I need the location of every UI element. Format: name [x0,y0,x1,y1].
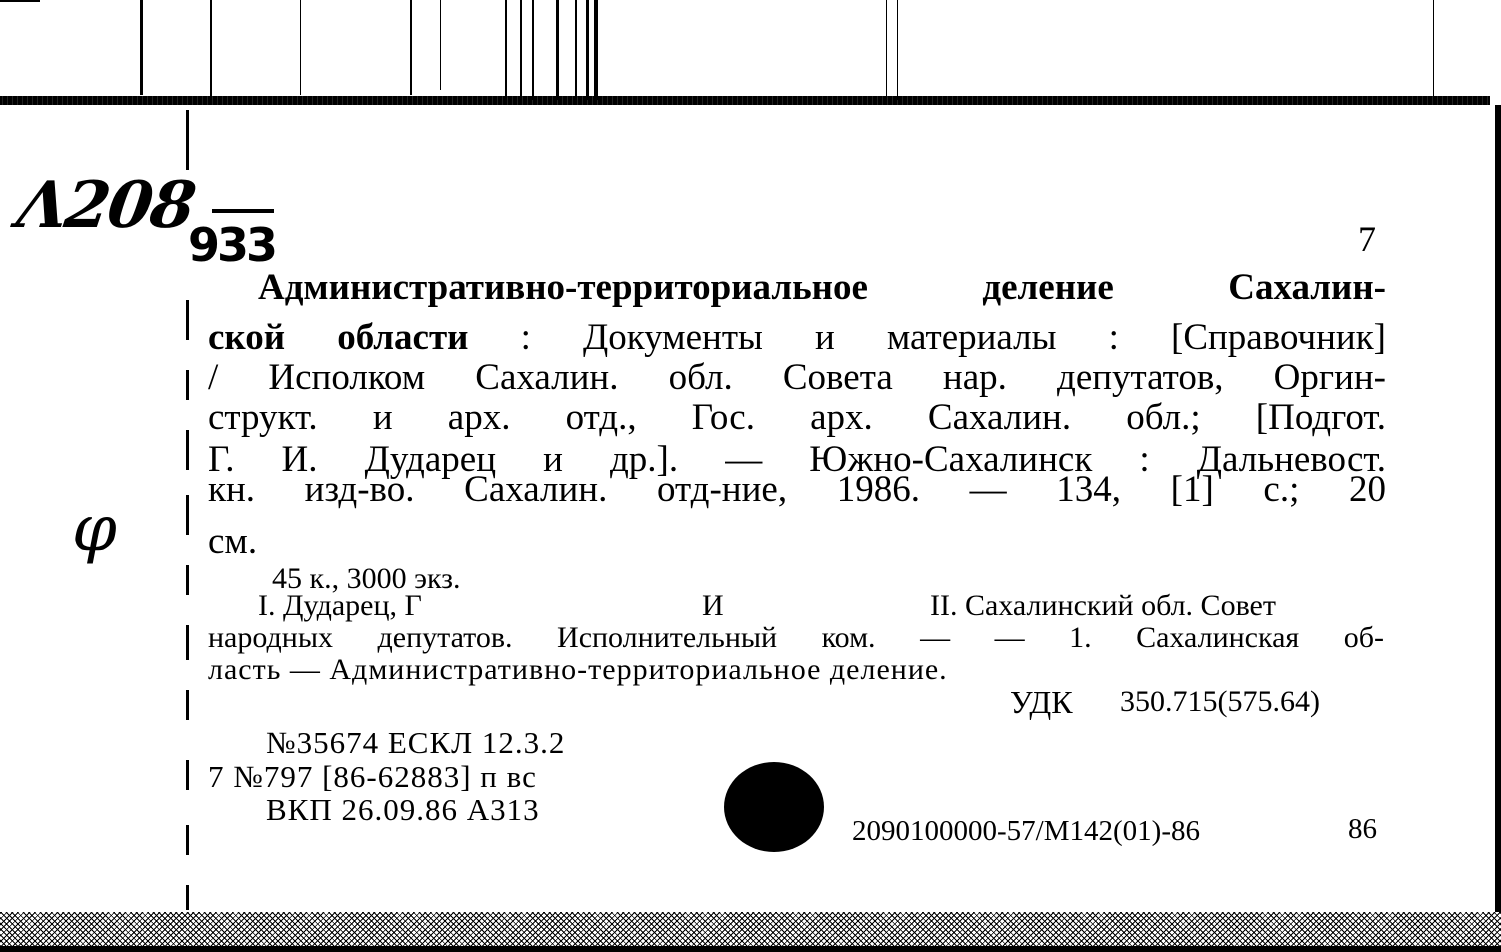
entry-line: см. [208,522,1386,562]
shelfmark-numerator: Λ208 [13,168,199,243]
bib-code-line-3: ВКП 26.09.86 А313 [266,793,540,827]
margin-handwritten-mark: φ [72,492,117,566]
entry-text: / Исполком Сахалин. обл. Совета нар. деп… [208,357,1386,398]
scan-artifact-line [556,0,559,100]
tracing-initial: И [702,590,724,622]
scan-artifact-line [210,0,212,100]
margin-rule [186,825,189,855]
scan-artifact-line [1433,0,1434,100]
scan-artifact-line [505,0,507,100]
scan-bottom-border [0,912,1501,952]
entry-title-text: Административно-территориальное деление … [258,267,1386,308]
scan-right-edge [1495,105,1501,915]
entry-line: кн. изд-во. Сахалин. отд-ние, 1986. — 13… [208,470,1386,510]
entry-text: см. [208,521,257,562]
margin-rule [186,495,189,535]
tracing-author: I. Дударец, Г [258,590,422,622]
scan-artifact-line [140,0,143,95]
tracing-line-3: ласть — Административно-территориальное … [208,654,948,686]
scan-artifact-line [440,0,441,90]
margin-rule [186,300,189,340]
margin-rule [186,690,189,720]
scan-top-border [0,0,1501,110]
entry-text: кн. изд-во. Сахалин. отд-ние, 1986. — 13… [208,469,1386,510]
scan-artifact-line [532,0,534,100]
entry-line: структ. и арх. отд., Гос. арх. Сахалин. … [208,398,1386,438]
margin-rule [186,885,189,910]
udc-label: УДК [1010,686,1073,718]
scan-bottom-rule [0,946,1501,952]
entry-line: / Исполком Сахалин. обл. Совета нар. деп… [208,358,1386,398]
scan-artifact-line [575,0,577,100]
scan-artifact-line [897,0,898,100]
publisher-code: 2090100000-57/М142(01)-86 [852,815,1200,847]
entry-title-text: ской области [208,317,468,358]
scan-artifact-line [886,0,887,100]
scan-artifact-line [520,0,522,100]
margin-rule [186,430,189,470]
margin-rule [186,625,189,660]
entry-line: ской области : Документы и материалы : [… [208,318,1386,358]
udc-value: 350.715(575.64) [1120,686,1320,718]
entry-text: : Документы и материалы : [Справочник] [468,317,1386,358]
scan-artifact-line [594,0,598,100]
bib-code-line-2: 7 №797 [86-62883] п вс [208,760,537,794]
punch-hole [724,762,824,852]
entry-text: структ. и арх. отд., Гос. арх. Сахалин. … [208,397,1386,438]
shelfmark-denominator: 933 [188,218,275,272]
tracing-corporate: II. Сахалинский обл. Совет [930,590,1276,622]
tracing-line-2: народных депутатов. Исполнительный ком. … [208,622,1384,654]
margin-rule [186,370,189,400]
scan-top-rule [0,96,1490,105]
entry-line: Административно-территориальное деление … [258,268,1386,308]
scan-artifact-line [586,0,589,100]
bib-code-line-1: №35674 ЕСКЛ 12.3.2 [266,726,565,760]
margin-rule [186,110,189,170]
publisher-code-year: 86 [1348,813,1377,845]
margin-rule [186,760,189,790]
margin-rule [186,565,189,595]
scan-corner-mark [0,0,40,2]
scan-artifact-line [300,0,301,95]
scan-artifact-line [410,0,412,95]
shelfmark-fraction-bar [212,209,274,213]
card-number: 7 [1358,218,1376,260]
